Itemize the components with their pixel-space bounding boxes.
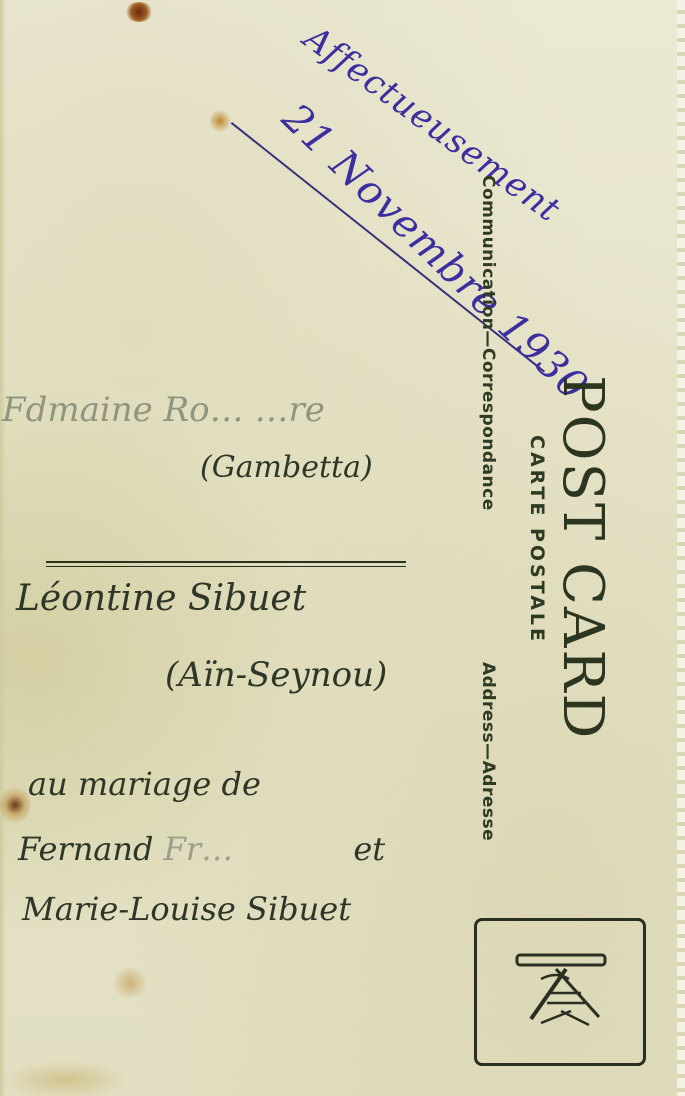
foxing-stain	[0, 785, 30, 825]
foxing-stain	[0, 1060, 130, 1096]
foxing-stain	[125, 2, 153, 22]
publisher-logo-icon	[511, 949, 611, 1029]
postcard-back: Affectueusement 21 Novembre 1930 Fdmaine…	[0, 0, 685, 1096]
foxing-stain	[210, 108, 230, 134]
double-rule	[46, 561, 406, 567]
handwritten-place: (Aïn-Seynou)	[165, 655, 387, 695]
handwritten-au-mariage: au mariage de	[28, 765, 261, 803]
handwritten-name: Léontine Sibuet	[16, 578, 306, 619]
fernand-faint-surname: Fr…	[164, 830, 234, 868]
printed-address-label: Address—Adresse	[478, 662, 498, 841]
handwritten-greeting: Affectueusement	[296, 18, 567, 230]
stamp-placement-box	[474, 918, 646, 1066]
card-deckled-edge	[677, 0, 685, 1096]
handwritten-marie: Marie-Louise Sibuet	[22, 890, 351, 928]
handwritten-fernand: Fernand Fr… et	[18, 830, 385, 868]
handwritten-gambetta: (Gambetta)	[200, 450, 373, 485]
printed-carte-postale: CARTE POSTALE	[526, 435, 548, 644]
printed-post-card: POST CARD	[550, 375, 615, 740]
fernand-et: et	[353, 830, 385, 868]
foxing-stain	[110, 968, 150, 998]
printed-correspondence-label: Communication—Correspondance	[478, 175, 498, 511]
handwritten-faint-line: Fdmaine Ro… …re	[2, 390, 325, 430]
card-left-edge	[0, 0, 6, 1096]
fernand-first: Fernand	[18, 830, 153, 868]
